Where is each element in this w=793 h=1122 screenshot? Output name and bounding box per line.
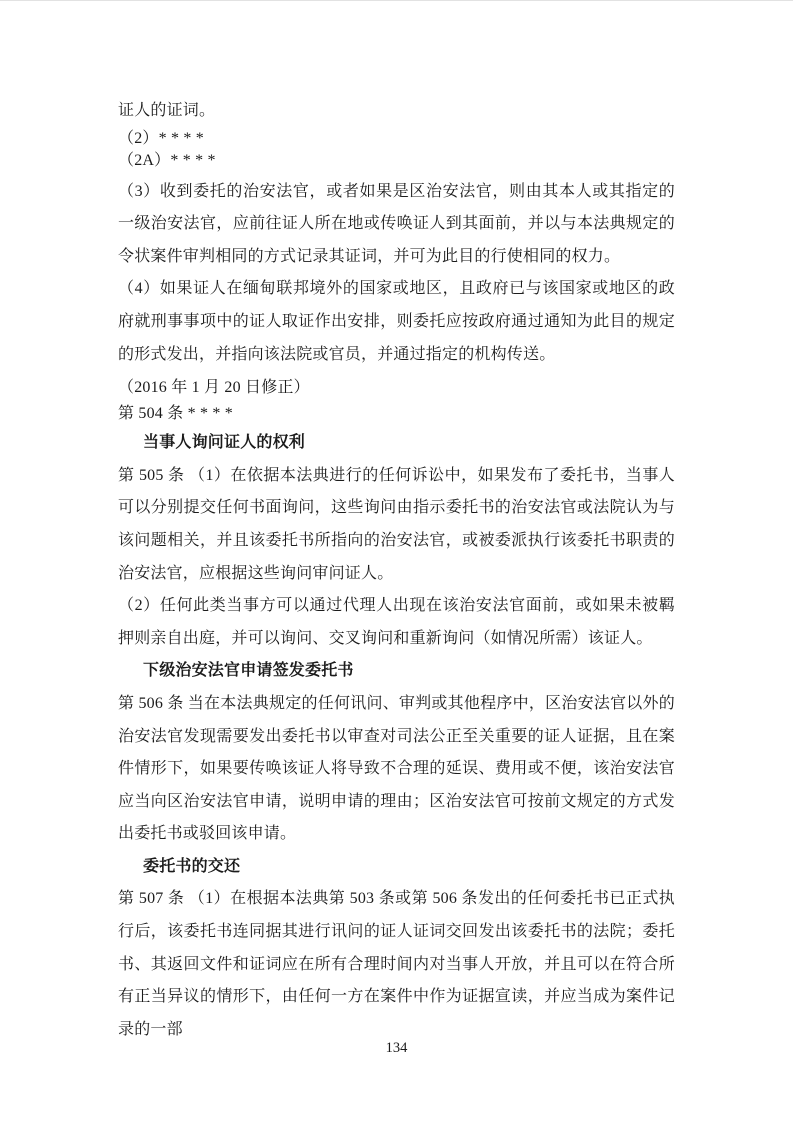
page-number: 134	[386, 1040, 408, 1056]
heading-subordinate-magistrate-application: 下级治安法官申请签发委托书	[118, 655, 675, 688]
document-page: 证人的证词。 （2）* * * * （2A）* * * * （3）收到委托的治安…	[0, 0, 793, 1122]
heading-right-to-examine-witness: 当事人询问证人的权利	[118, 427, 675, 460]
document-body: 证人的证词。 （2）* * * * （2A）* * * * （3）收到委托的治安…	[118, 95, 675, 1046]
paragraph-testimony-continuation: 证人的证词。	[118, 95, 675, 128]
clause-2a-omitted: （2A）* * * *	[118, 150, 675, 172]
clause-2-omitted: （2）* * * *	[118, 128, 675, 150]
amendment-date-note: （2016 年 1 月 20 日修正）	[118, 375, 675, 401]
heading-return-of-commission: 委托书的交还	[118, 851, 675, 884]
section-505-clause-2-paragraph: （2）任何此类当事方可以通过代理人出现在该治安法官面前，或如果未被羁押则亲自出庭…	[118, 590, 675, 655]
section-506-paragraph: 第 506 条 当在本法典规定的任何讯问、审判或其他程序中，区治安法官以外的治安…	[118, 688, 675, 851]
clause-3-paragraph: （3）收到委托的治安法官，或者如果是区治安法官，则由其本人或其指定的一级治安法官…	[118, 176, 675, 274]
clause-4-paragraph: （4）如果证人在缅甸联邦境外的国家或地区，且政府已与该国家或地区的政府就刑事事项…	[118, 273, 675, 371]
section-505-clause-1-paragraph: 第 505 条 （1）在依据本法典进行的任何诉讼中，如果发布了委托书，当事人可以…	[118, 460, 675, 590]
page-footer: 134	[0, 1040, 793, 1057]
section-504-omitted: 第 504 条 * * * *	[118, 401, 675, 427]
page-top-edge-line	[0, 0, 793, 1]
section-507-clause-1-paragraph: 第 507 条 （1）在根据本法典第 503 条或第 506 条发出的任何委托书…	[118, 883, 675, 1046]
